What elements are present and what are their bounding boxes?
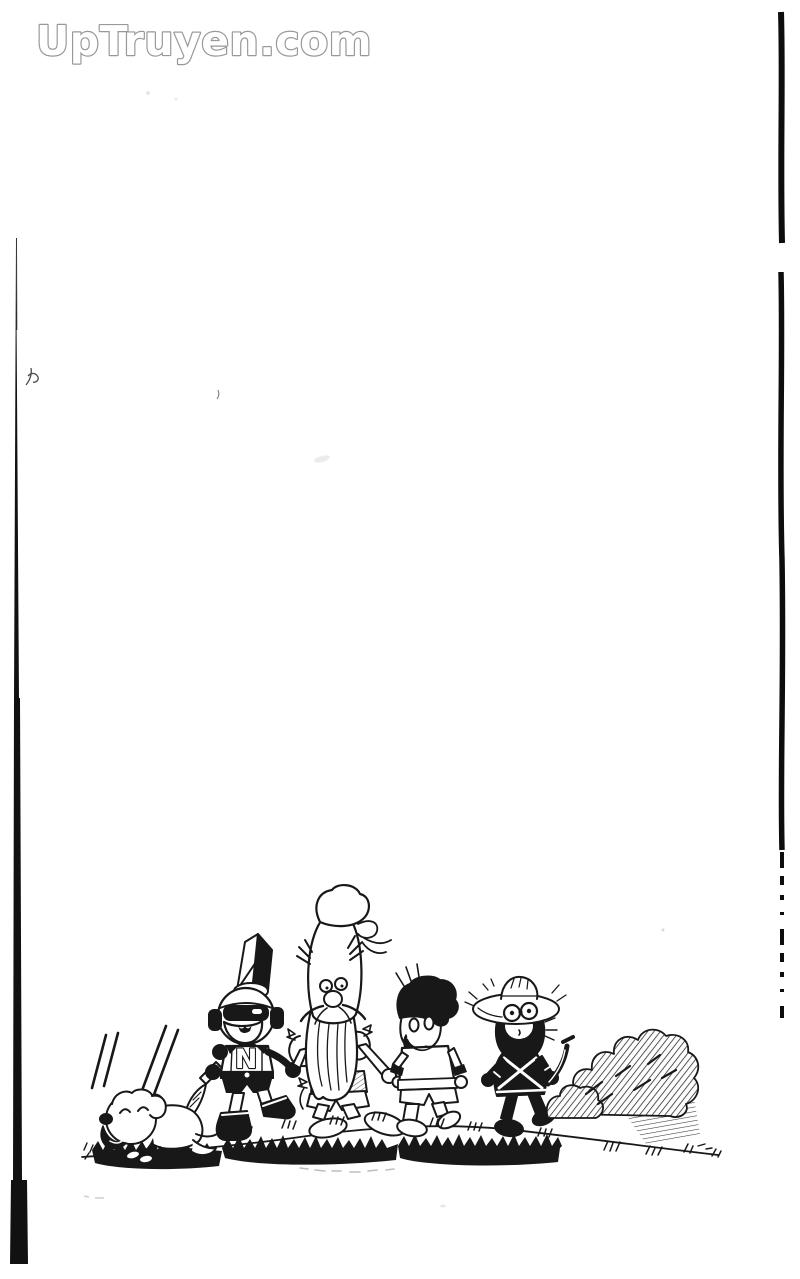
watermark-text: UpTruyen.com xyxy=(36,17,372,65)
left-edge-line xyxy=(10,238,28,1264)
robot-chest-letter: N xyxy=(235,1044,258,1075)
robot: N xyxy=(200,934,300,1140)
old-man xyxy=(287,885,408,1141)
paper-noise xyxy=(84,91,665,1208)
margin-scribble xyxy=(26,368,38,385)
watermark: UpTruyen.com xyxy=(36,17,372,65)
boy xyxy=(390,964,467,1138)
motion-lines xyxy=(92,1026,178,1100)
bushes xyxy=(547,1030,700,1144)
illustration: N xyxy=(82,885,721,1172)
scanned-manga-page: UpTruyen.com xyxy=(0,0,800,1279)
right-edge-line xyxy=(781,12,783,1018)
